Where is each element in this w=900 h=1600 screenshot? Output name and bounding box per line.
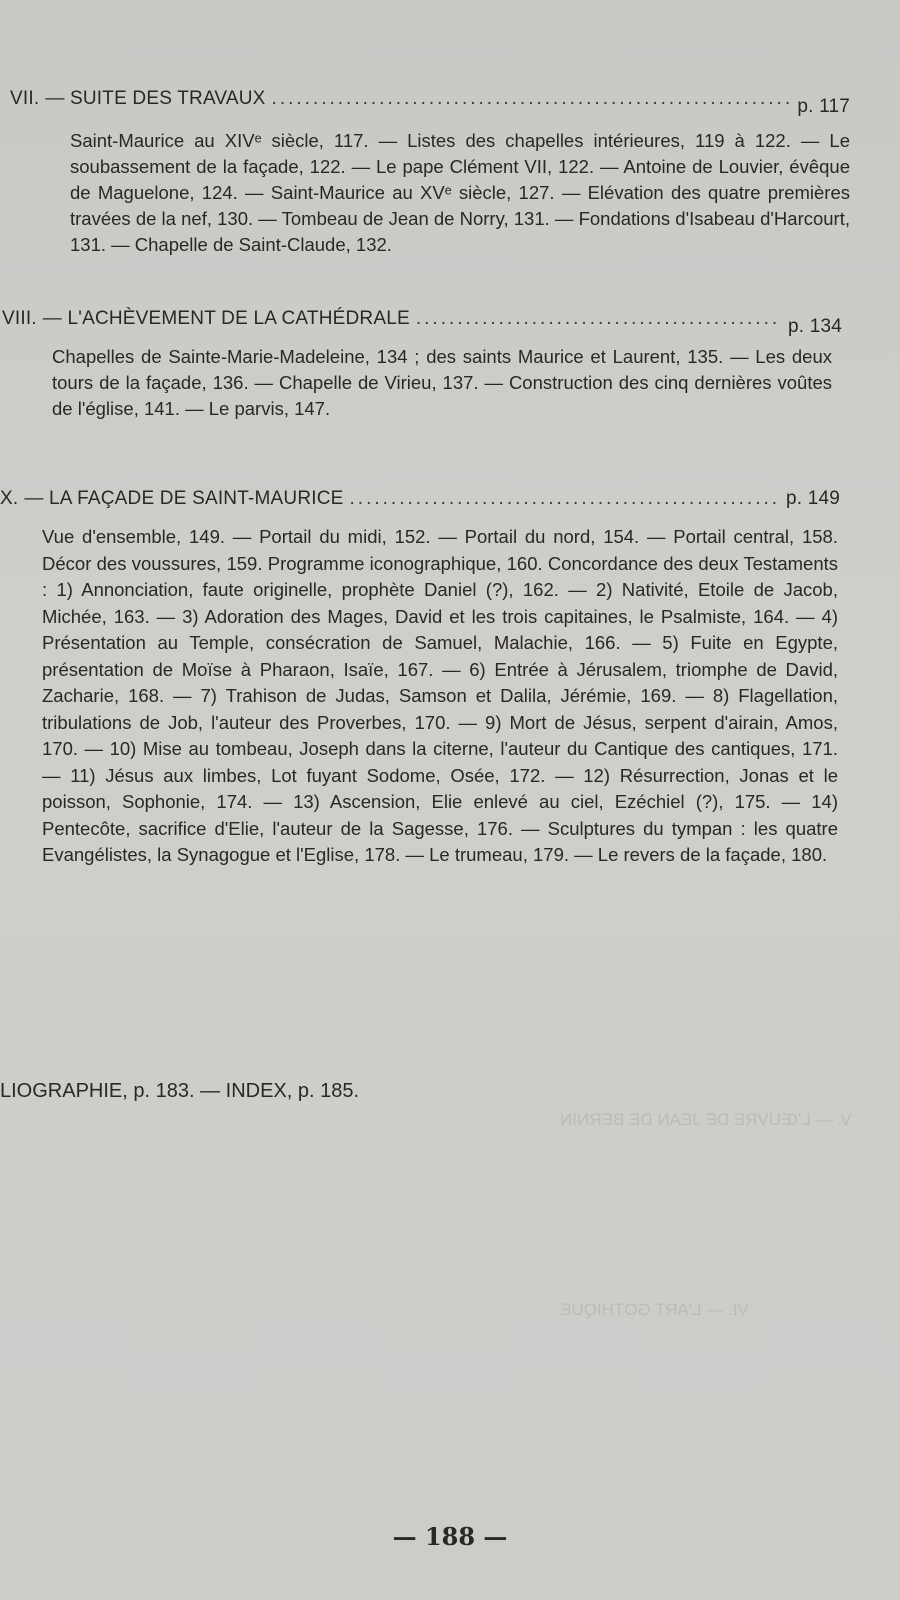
section-numeral: VII. xyxy=(10,88,39,110)
bleed-through-heading: V. — L'ŒUVRE DE JEAN DE BERNIN xyxy=(560,1110,852,1130)
leader-dots xyxy=(416,308,782,330)
section-heading: VII. — SUITE DES TRAVAUX p. 117 xyxy=(10,88,850,110)
section-page-ref: p. 134 xyxy=(788,316,842,338)
section-title: — LA FAÇADE DE SAINT-MAURICE xyxy=(24,488,343,510)
section-title: — SUITE DES TRAVAUX xyxy=(45,88,265,110)
leader-dots xyxy=(272,88,792,110)
section-page-ref: p. 149 xyxy=(786,488,840,510)
toc-section-x: X. — LA FAÇADE DE SAINT-MAURICE p. 149 V… xyxy=(0,488,840,869)
section-body: Saint-Maurice au XIVᵉ siècle, 117. — Lis… xyxy=(70,128,850,258)
section-page-ref: p. 117 xyxy=(797,96,850,118)
section-body: Vue d'ensemble, 149. — Portail du midi, … xyxy=(42,524,838,869)
book-page: V. — L'ŒUVRE DE JEAN DE BERNIN VI. — L'A… xyxy=(0,0,900,1600)
bibliography-index-line: LIOGRAPHIE, p. 183. — INDEX, p. 185. xyxy=(0,1080,359,1103)
section-heading: X. — LA FAÇADE DE SAINT-MAURICE p. 149 xyxy=(0,488,840,510)
section-numeral: X. xyxy=(0,488,18,510)
bleed-through-heading: VI. — L'ART GOTHIQUE xyxy=(560,1300,749,1320)
section-body: Chapelles de Sainte-Marie-Madeleine, 134… xyxy=(52,344,832,422)
section-title: — L'ACHÈVEMENT DE LA CATHÉDRALE xyxy=(43,308,410,330)
page-number: — 188 — xyxy=(0,1522,900,1551)
section-numeral: VIII. xyxy=(2,308,37,330)
toc-section-vii: VII. — SUITE DES TRAVAUX p. 117 Saint-Ma… xyxy=(10,88,850,258)
leader-dots xyxy=(350,488,780,510)
toc-section-viii: VIII. — L'ACHÈVEMENT DE LA CATHÉDRALE p.… xyxy=(2,308,842,422)
section-heading: VIII. — L'ACHÈVEMENT DE LA CATHÉDRALE p.… xyxy=(2,308,842,330)
